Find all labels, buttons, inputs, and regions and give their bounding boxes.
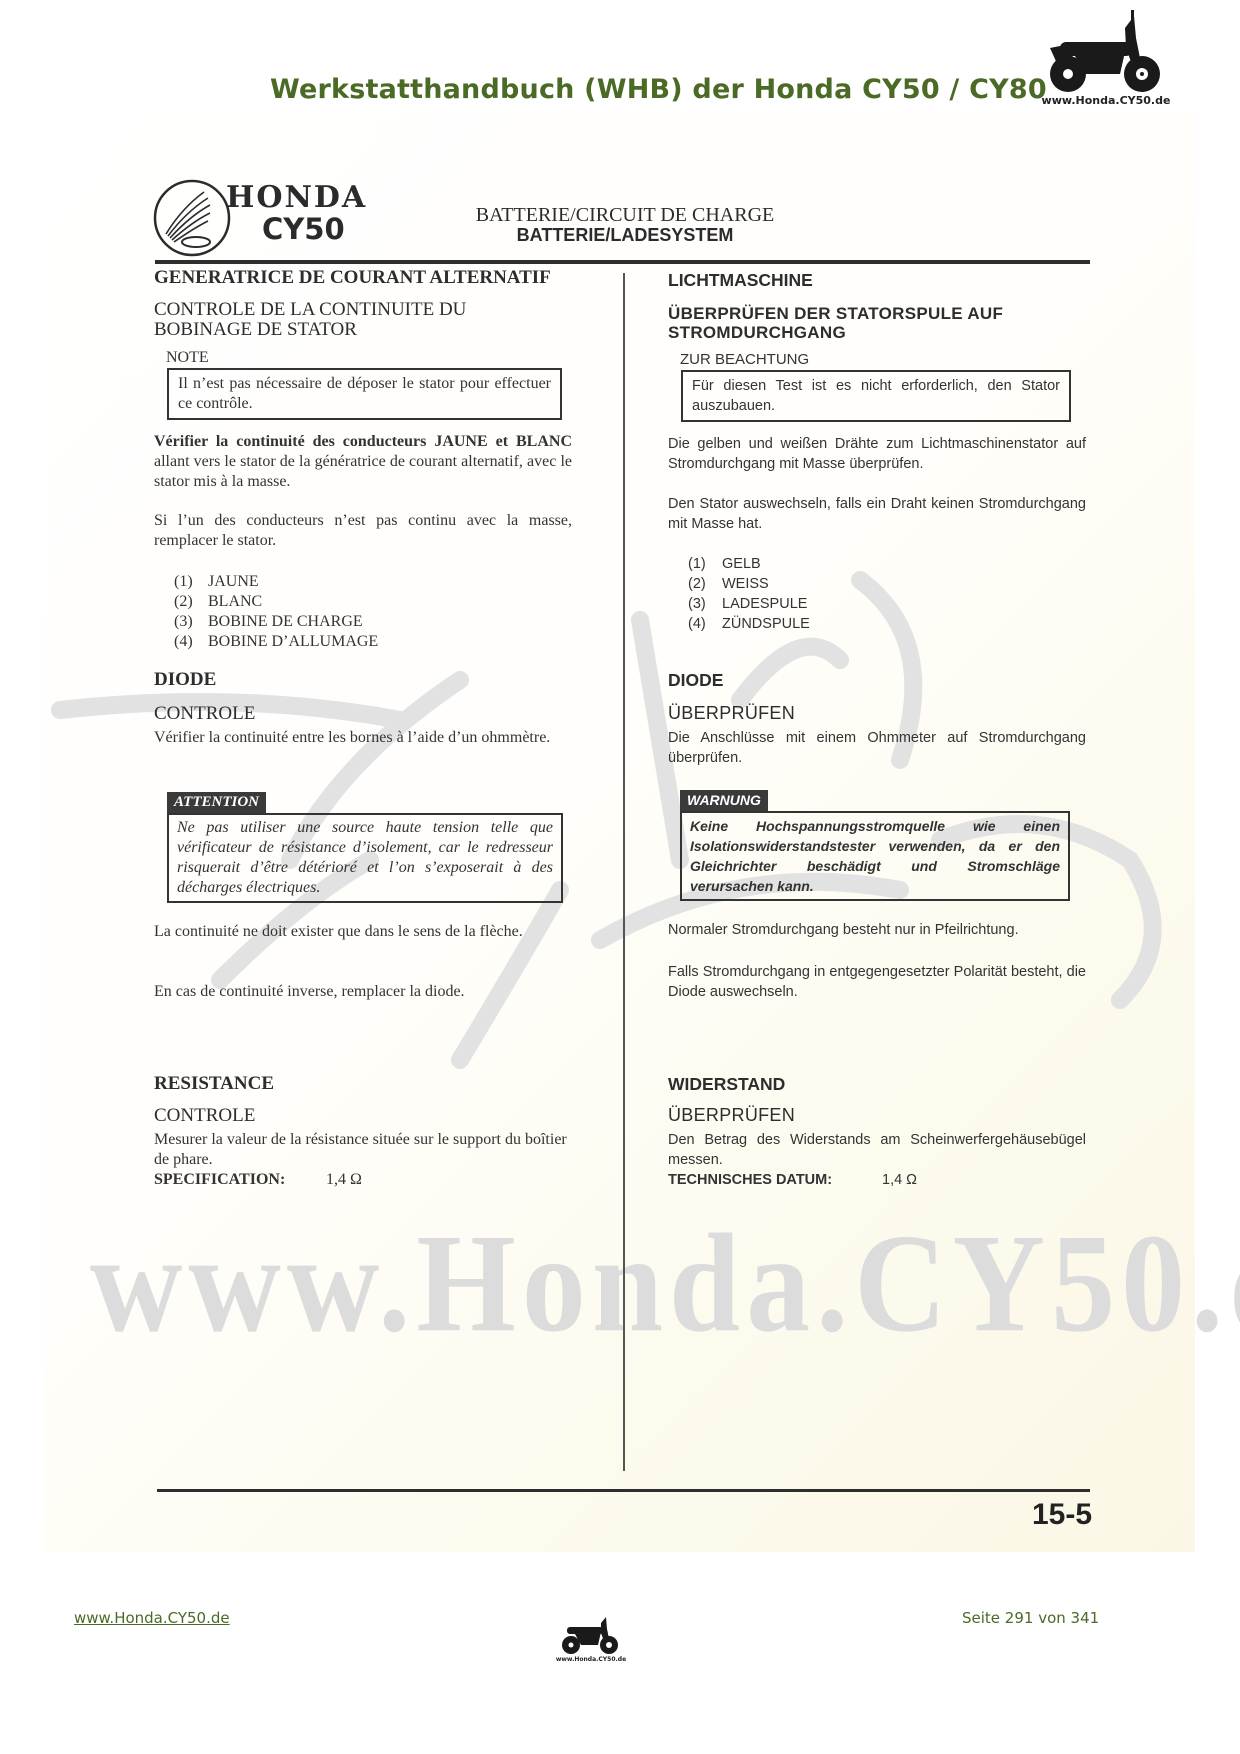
fr-diode-para3: En cas de continuité inverse, remplacer … [154, 982, 574, 1002]
fr-para1-bold: Vérifier la continuité des conducteurs J… [154, 433, 572, 450]
fr-diode-subheading: CONTROLE [154, 704, 574, 724]
fr-resistance-heading: RESISTANCE [154, 1074, 574, 1094]
list-item: (4)BOBINE D’ALLUMAGE [174, 632, 594, 652]
watermark-text: www.Honda.CY50.de [90, 1203, 1210, 1365]
fr-diode-para2: La continuité ne doit exister que dans l… [154, 922, 572, 942]
de-note-box: Für diesen Test ist es nicht erforderlic… [681, 370, 1071, 422]
brand-name: HONDA [226, 180, 367, 215]
fr-diode-heading: DIODE [154, 670, 574, 690]
model-name: CY50 [262, 212, 345, 246]
fr-alternator-subheading: CONTROLE DE LA CONTINUITE DU BOBINAGE DE… [154, 300, 514, 340]
de-alternator-heading: LICHTMASCHINE [668, 270, 1088, 290]
fr-note-label: NOTE [166, 348, 586, 368]
fr-resistance-para1: Mesurer la valeur de la résistance situé… [154, 1130, 572, 1170]
list-item: (1)GELB [688, 554, 1108, 574]
list-item: (3)BOBINE DE CHARGE [174, 612, 594, 632]
de-diode-para3: Falls Stromdurchgang in entgegengesetzte… [668, 962, 1086, 1002]
fr-resistance-subheading: CONTROLE [154, 1106, 574, 1126]
de-diode-para1: Die Anschlüsse mit einem Ohmmeter auf St… [668, 728, 1086, 768]
fr-parts-list: (1)JAUNE (2)BLANC (3)BOBINE DE CHARGE (4… [154, 572, 594, 652]
de-warning: WARNUNG Keine Hochspannungsstromquelle w… [680, 790, 1070, 901]
list-item: (4)ZÜNDSPULE [688, 614, 1108, 634]
fr-para1-rest: allant vers le stator de la génératrice … [154, 453, 572, 490]
de-alternator-para2: Den Stator auswechseln, falls ein Draht … [668, 494, 1086, 534]
list-item: (2)WEISS [688, 574, 1108, 594]
motorcycle-logo-icon [553, 1615, 628, 1657]
logo-caption: www.Honda.CY50.de [1032, 94, 1180, 107]
section-title-de: BATTERIE/LADESYSTEM [440, 225, 810, 245]
de-warning-text: Keine Hochspannungsstromquelle wie einen… [680, 811, 1070, 901]
section-title: BATTERIE/CIRCUIT DE CHARGE BATTERIE/LADE… [440, 205, 810, 245]
header-rule [155, 260, 1090, 264]
de-alternator-para1: Die gelben und weißen Drähte zum Lichtma… [668, 434, 1086, 474]
de-resistance-heading: WIDERSTAND [668, 1074, 1088, 1094]
de-diode-subheading: ÜBERPRÜFEN [668, 704, 1088, 723]
section-title-fr: BATTERIE/CIRCUIT DE CHARGE [440, 205, 810, 225]
de-parts-list: (1)GELB (2)WEISS (3)LADESPULE (4)ZÜNDSPU… [668, 554, 1108, 634]
fr-warning: ATTENTION Ne pas utiliser une source hau… [167, 792, 563, 903]
fr-warning-text: Ne pas utiliser une source haute tension… [167, 813, 563, 903]
fr-alternator-para2: Si l’un des conducteurs n’est pas contin… [154, 511, 572, 551]
fr-alternator-para1: Vérifier la continuité des conducteurs J… [154, 432, 572, 492]
de-note-label: ZUR BEACHTUNG [680, 350, 1100, 370]
list-item: (2)BLANC [174, 592, 594, 612]
fr-diode-para1: Vérifier la continuité entre les bornes … [154, 728, 572, 748]
fr-alternator-heading: GENERATRICE DE COURANT ALTERNATIF [154, 268, 574, 288]
de-resistance-subheading: ÜBERPRÜFEN [668, 1106, 1088, 1125]
fr-note-box: Il n’est pas nécessaire de déposer le st… [167, 368, 562, 420]
column-divider [623, 273, 625, 1471]
fr-warning-label: ATTENTION [167, 792, 266, 813]
de-diode-para2: Normaler Stromdurchgang besteht nur in P… [668, 920, 1086, 940]
honda-wing-logo-icon [152, 178, 232, 258]
de-warning-label: WARNUNG [680, 790, 768, 811]
spec-value: 1,4 Ω [882, 1170, 917, 1190]
list-item: (3)LADESPULE [688, 594, 1108, 614]
list-item: (1)JAUNE [174, 572, 594, 592]
fr-specification: SPECIFICATION: 1,4 Ω [154, 1170, 574, 1190]
page-counter: Seite 291 von 341 [962, 1609, 1099, 1627]
de-resistance-para1: Den Betrag des Widerstands am Scheinwerf… [668, 1130, 1086, 1170]
spec-label: SPECIFICATION: [154, 1170, 326, 1190]
de-diode-heading: DIODE [668, 670, 1088, 690]
manual-page-number: 15-5 [1010, 1498, 1092, 1532]
footer-rule [157, 1489, 1090, 1492]
spec-value: 1,4 Ω [326, 1170, 362, 1190]
spec-label: TECHNISCHES DATUM: [668, 1170, 882, 1190]
document-title: Werkstatthandbuch (WHB) der Honda CY50 /… [270, 74, 1047, 105]
logo-caption: www.Honda.CY50.de [548, 1656, 634, 1663]
de-alternator-subheading: ÜBERPRÜFEN DER STATORSPULE AUF STROMDURC… [668, 304, 1068, 342]
de-specification: TECHNISCHES DATUM: 1,4 Ω [668, 1170, 1088, 1190]
website-link[interactable]: www.Honda.CY50.de [74, 1609, 230, 1627]
